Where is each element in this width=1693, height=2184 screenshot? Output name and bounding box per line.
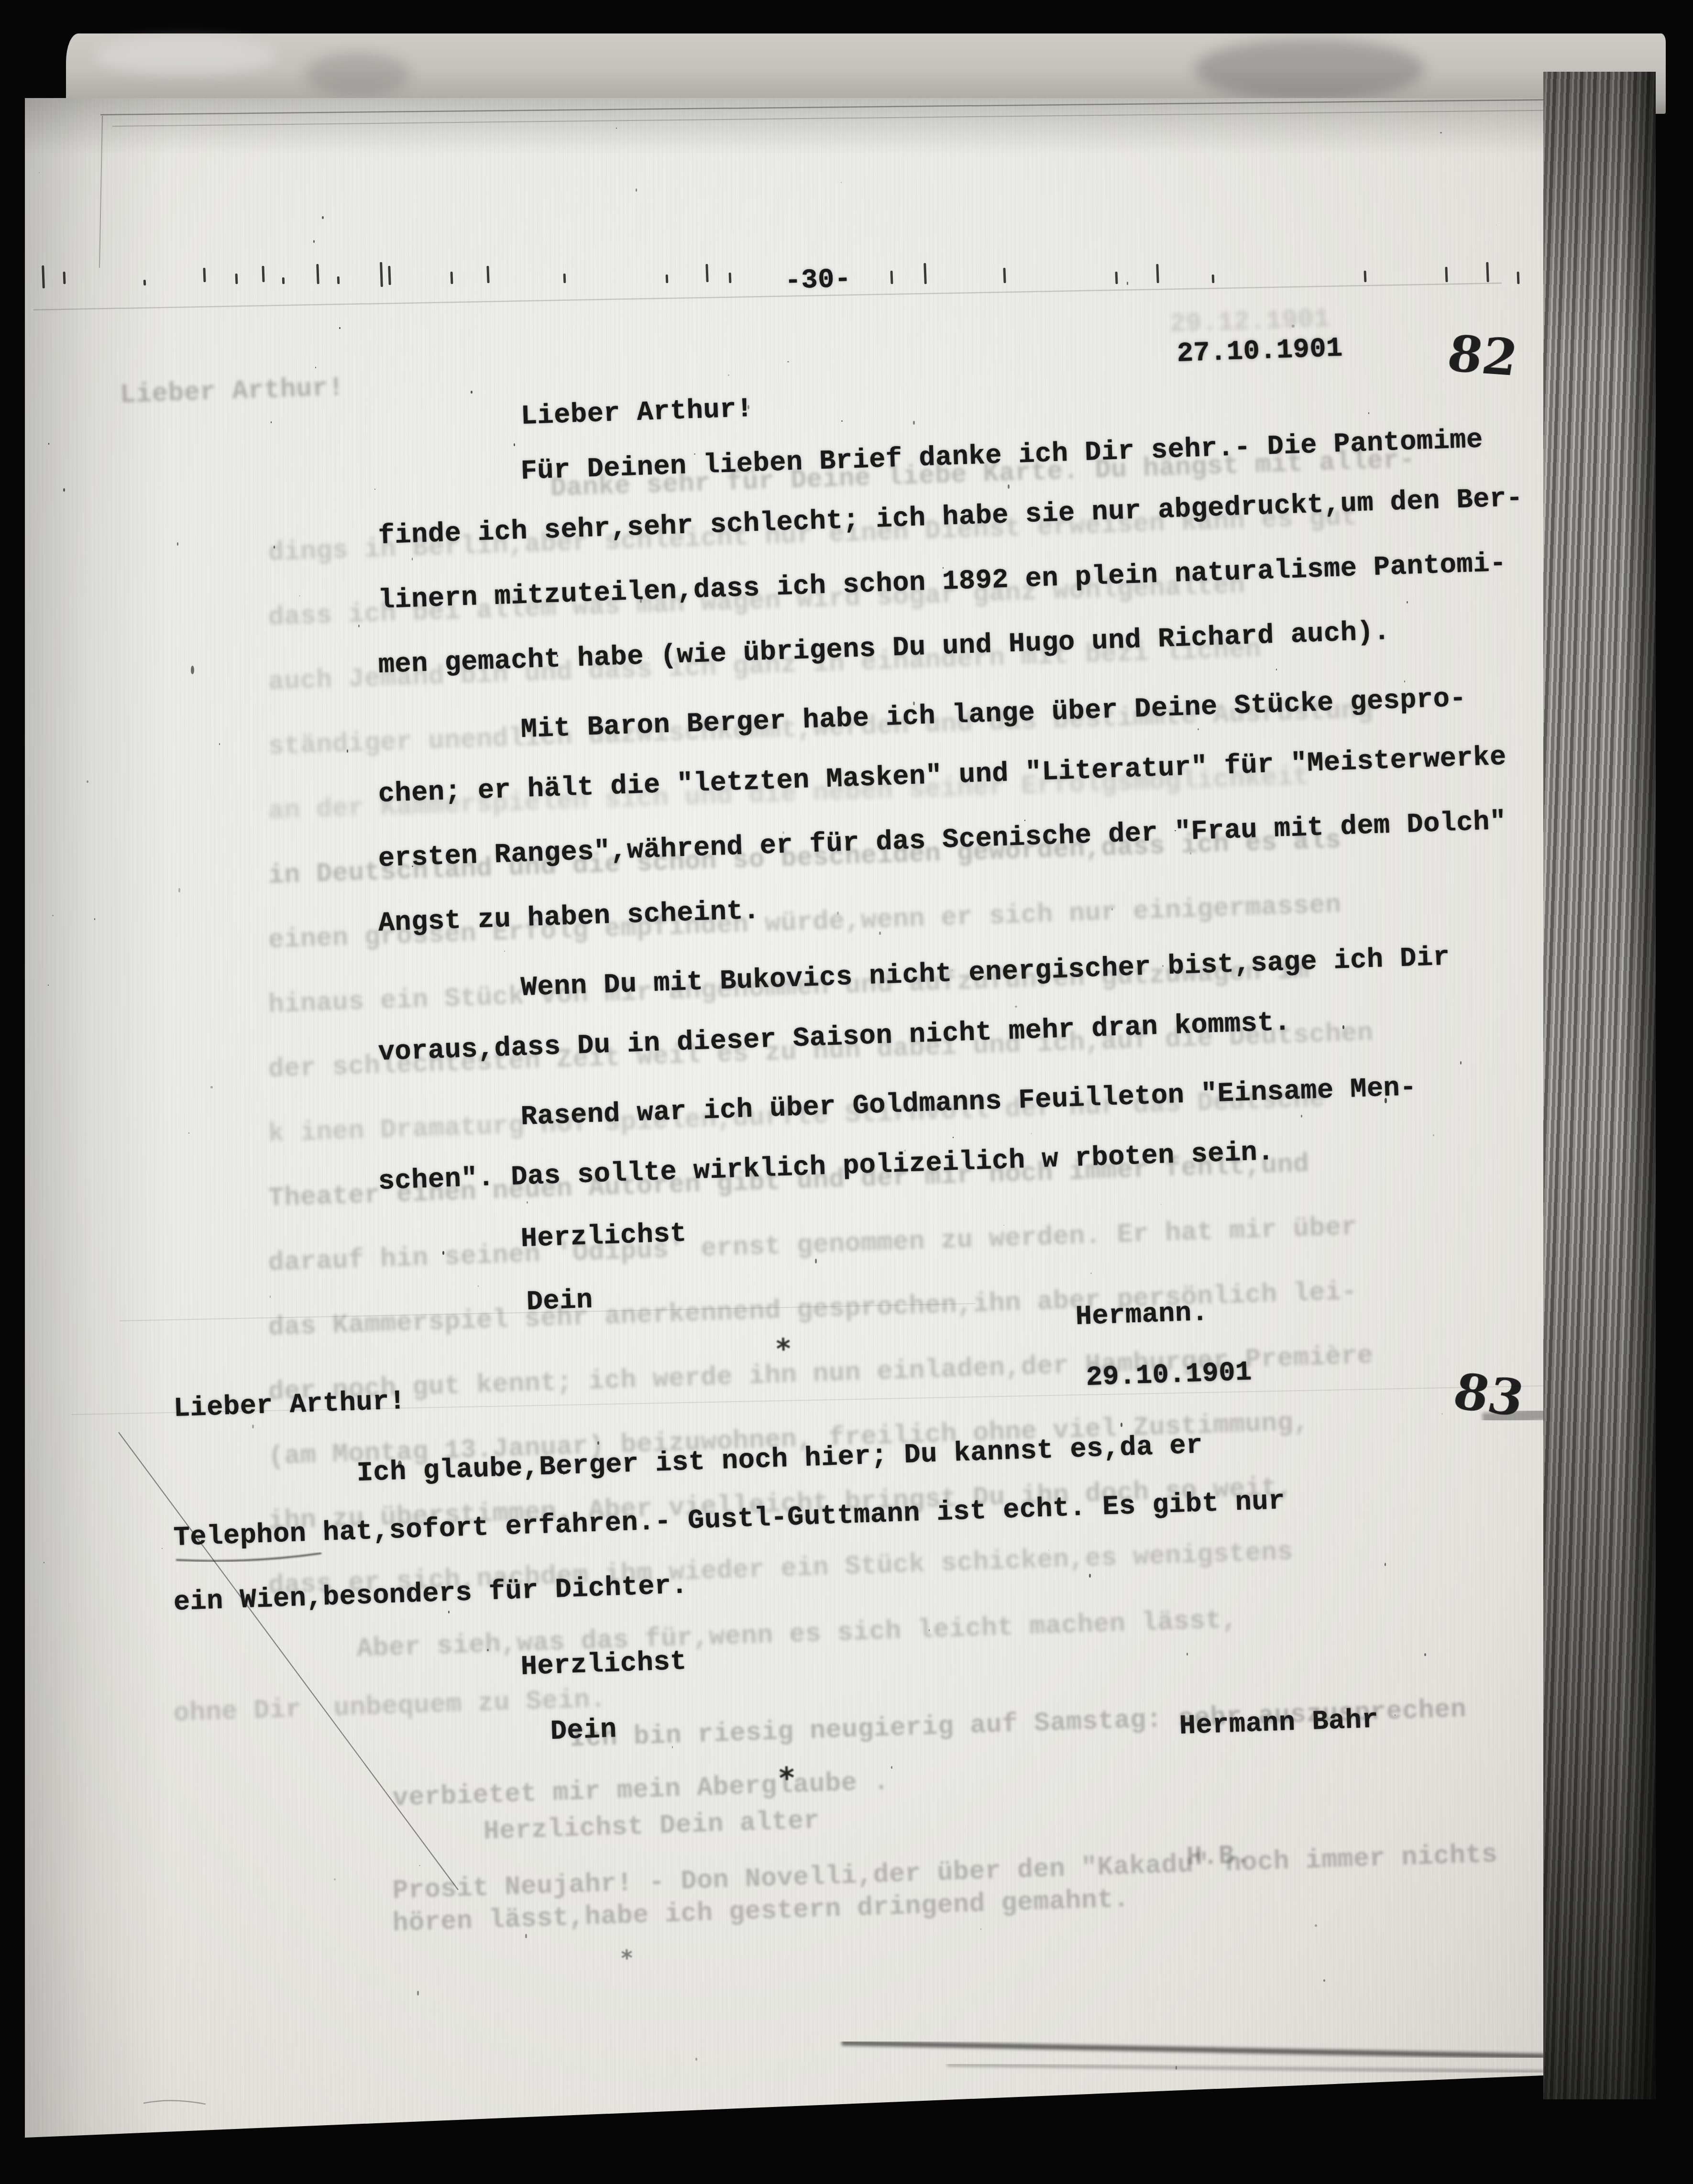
dust-speck	[1460, 1061, 1462, 1065]
dust-speck	[299, 595, 300, 596]
dust-speck	[478, 1285, 479, 1287]
dust-speck	[1089, 1574, 1091, 1578]
dust-speck	[1424, 1653, 1426, 1656]
dust-speck	[52, 915, 54, 916]
dust-speck	[636, 188, 638, 192]
dust-speck	[191, 666, 195, 674]
page-number: -30-	[784, 265, 852, 296]
dust-speck	[841, 182, 842, 183]
book-fore-edge	[1543, 72, 1656, 2099]
dust-speck	[1246, 771, 1248, 773]
tick-mark-9	[337, 276, 340, 284]
dust-speck	[1368, 412, 1369, 414]
dust-speck	[953, 1137, 954, 1138]
ghost-line-22: ohne Dir unbequem zu Sein.	[173, 1686, 606, 1728]
dust-speck	[1121, 1423, 1122, 1427]
tick-mark-27	[1517, 272, 1520, 284]
dust-speck	[782, 831, 784, 834]
dust-speck	[448, 1611, 450, 1613]
dust-speck	[904, 1150, 905, 1152]
dust-speck	[1161, 1204, 1162, 1205]
tick-mark-23	[1212, 274, 1215, 283]
tick-mark-11	[388, 266, 391, 285]
tick-mark-6	[262, 266, 264, 282]
tick-mark-14	[563, 274, 566, 283]
dust-speck	[219, 743, 220, 745]
tick-mark-12	[451, 272, 453, 284]
dust-speck	[48, 443, 49, 445]
dust-speck	[162, 1548, 163, 1549]
dust-speck	[728, 374, 729, 376]
dust-speck	[1315, 1924, 1317, 1927]
dust-speck	[597, 1441, 599, 1445]
ghost-line-1: Lieber Arthur!	[120, 374, 345, 409]
dust-speck	[487, 1649, 489, 1651]
dust-speck	[879, 932, 881, 935]
tick-mark-26	[1486, 262, 1489, 282]
dust-speck	[1235, 575, 1236, 576]
tick-mark-15	[666, 274, 669, 283]
dust-speck	[94, 918, 95, 920]
ghost-line-17: der noch gut kennt; ich werde ihn nun ei…	[268, 1342, 1374, 1406]
tick-mark-10	[380, 262, 383, 287]
dust-speck	[315, 367, 316, 368]
dust-speck	[1190, 852, 1191, 855]
tick-mark-5	[235, 274, 238, 284]
dust-speck	[1440, 132, 1442, 134]
dust-speck	[1015, 1006, 1017, 1008]
asterisk-separator-1: *	[776, 1335, 791, 1363]
tick-mark-13	[486, 266, 489, 283]
dust-speck	[525, 1934, 527, 1938]
dust-speck	[695, 2058, 697, 2061]
ghost-line-23: Ich bin riesig neugierig auf Samstag: se…	[569, 1696, 1467, 1753]
dust-speck	[787, 361, 789, 362]
dust-speck	[891, 1766, 892, 1769]
tick-mark-24	[1364, 271, 1367, 282]
dust-speck	[44, 1562, 44, 1563]
ghost-line-25: Herzlichst Dein alter	[483, 1807, 820, 1846]
letter-2-folio-number: 83	[1449, 1367, 1528, 1424]
dust-speck	[419, 1865, 420, 1866]
ghost-line-21: Aber sieh,was das für,wenn es sich leich…	[356, 1606, 1238, 1663]
dust-speck	[1433, 1134, 1435, 1136]
dust-speck	[943, 567, 944, 569]
tick-mark-21	[1115, 272, 1118, 284]
ghost-line-16: das Kammerspiel sehr anerkennend gesproc…	[268, 1278, 1358, 1341]
letter-1-folio-number: 82	[1444, 329, 1521, 383]
band-smudge	[305, 53, 410, 96]
tick-mark-22	[1156, 264, 1159, 283]
dust-speck	[980, 1928, 981, 1930]
dust-speck	[188, 1132, 190, 1134]
dust-speck	[1342, 1025, 1344, 1029]
typescript-text-layer: -30-27.10.190182Lieber Arthur!Für Deinen…	[25, 98, 1543, 2138]
dust-speck	[504, 951, 505, 952]
dust-speck	[1176, 2066, 1177, 2070]
asterisk-separator-2: *	[779, 1763, 795, 1793]
dust-speck	[398, 1460, 402, 1468]
dust-speck	[87, 780, 88, 783]
dust-speck	[1385, 1563, 1386, 1566]
ghost-line-15: darauf hin seinen 'Ödipus' ernst genomme…	[268, 1213, 1358, 1277]
dust-speck	[1292, 325, 1294, 328]
dust-speck	[270, 1295, 271, 1298]
dust-speck	[1198, 728, 1199, 730]
ghost-line-2: 29.12.1901	[1169, 306, 1330, 339]
tick-mark-18	[890, 271, 893, 284]
dust-speck	[1496, 225, 1497, 225]
dust-speck	[1301, 1115, 1302, 1118]
letter-sheet: -30-27.10.190182Lieber Arthur!Für Deinen…	[25, 98, 1543, 2138]
dust-speck	[1395, 1714, 1396, 1716]
tick-mark-4	[203, 268, 206, 282]
dust-speck	[48, 985, 49, 986]
dust-speck	[1442, 1413, 1443, 1415]
tick-mark-8	[316, 264, 319, 284]
dust-speck	[178, 888, 180, 892]
dust-speck	[1127, 282, 1128, 285]
dust-speck	[929, 1629, 930, 1631]
band-smudge	[95, 37, 276, 76]
dust-speck	[1048, 1550, 1049, 1550]
tick-mark-25	[1445, 267, 1448, 282]
dust-speck	[374, 489, 375, 490]
asterisk-separator-3: *	[621, 1947, 633, 1969]
dust-speck	[1404, 680, 1405, 682]
ghost-line-10: einen grossen Erfolg empfinden würde,wen…	[268, 891, 1342, 955]
tick-mark-2	[63, 272, 66, 284]
dust-speck	[640, 599, 642, 603]
tick-mark-7	[282, 277, 285, 284]
dust-speck	[563, 1473, 564, 1475]
dust-speck	[271, 421, 272, 423]
dust-speck	[1323, 1979, 1325, 1982]
tick-mark-17	[729, 273, 732, 283]
dust-speck	[748, 405, 749, 409]
tick-mark-20	[1003, 268, 1006, 283]
dust-speck	[252, 1425, 254, 1428]
dust-speck	[841, 420, 843, 422]
dust-speck	[1276, 669, 1277, 670]
dust-speck	[1385, 1098, 1386, 1103]
dust-speck	[1008, 484, 1010, 488]
dust-speck	[557, 655, 558, 657]
dust-speck	[412, 866, 413, 867]
dust-speck	[322, 216, 324, 219]
dust-speck	[1024, 820, 1025, 821]
tick-mark-1	[42, 265, 45, 288]
dust-speck	[694, 453, 695, 455]
dust-speck	[913, 421, 915, 425]
dust-speck	[1031, 1133, 1032, 1134]
letter-1-salutation: Lieber Arthur!	[520, 395, 754, 432]
ghost-line-20: dass er sich,nachdem ihm wieder ein Stüc…	[268, 1538, 1294, 1600]
dust-speck	[1187, 1653, 1188, 1655]
dust-speck	[177, 542, 179, 546]
dust-speck	[210, 1086, 212, 1089]
dust-speck	[616, 128, 617, 129]
dust-speck	[514, 443, 515, 446]
scanned-letter-page: -30-27.10.190182Lieber Arthur!Für Deinen…	[0, 0, 1693, 2184]
dust-speck	[417, 1991, 419, 1995]
tick-mark-16	[705, 264, 708, 282]
dust-speck	[63, 488, 65, 492]
tick-mark-3	[143, 280, 146, 285]
dust-speck	[837, 911, 838, 915]
dust-speck	[347, 749, 348, 753]
tick-mark-19	[923, 263, 927, 284]
dust-speck	[339, 327, 340, 329]
dust-speck	[39, 172, 40, 174]
dust-speck	[313, 240, 315, 242]
letter-1-date: 27.10.1901	[1176, 335, 1343, 369]
dust-speck	[1407, 601, 1408, 604]
dust-speck	[334, 1878, 336, 1880]
dust-speck	[471, 391, 473, 394]
band-smudge	[1195, 38, 1424, 100]
dust-speck	[1090, 1273, 1092, 1274]
